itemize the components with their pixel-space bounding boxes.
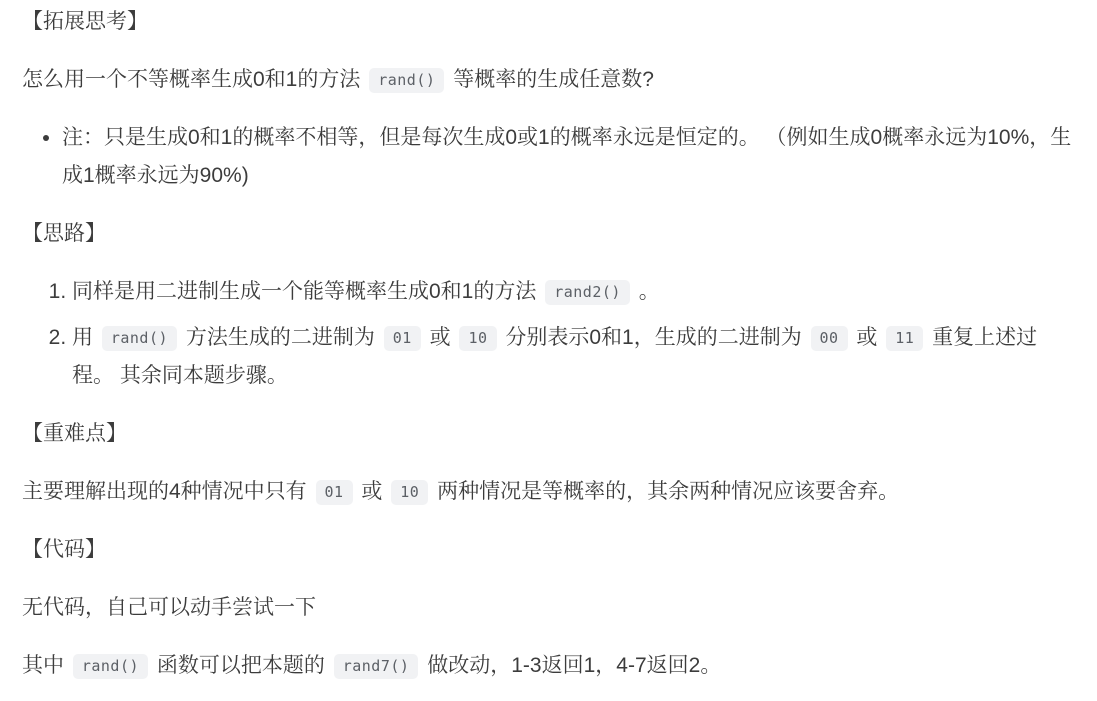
text-run: 无代码，自己可以动手尝试一下 xyxy=(22,596,316,619)
text-run: 等概率的生成任意数? xyxy=(447,68,654,91)
paragraph-question: 怎么用一个不等概率生成0和1的方法 rand() 等概率的生成任意数? xyxy=(22,61,1075,99)
note-list: 注：只是生成0和1的概率不相等，但是每次生成0或1的概率永远是恒定的。 （例如生… xyxy=(22,119,1075,195)
text-run: 同样是用二进制生成一个能等概率生成0和1的方法 xyxy=(72,280,542,303)
inline-code: 00 xyxy=(811,326,848,351)
inline-code: rand2() xyxy=(545,280,630,305)
text-run: 分别表示0和1，生成的二进制为 xyxy=(500,326,808,349)
inline-code: 01 xyxy=(316,480,353,505)
text-run: 其中 xyxy=(22,654,70,677)
inline-code: 11 xyxy=(886,326,923,351)
text-run: 【思路】 xyxy=(22,222,106,245)
text-run: 用 xyxy=(72,326,99,349)
text-run: 做改动，1-3返回1，4-7返回2。 xyxy=(421,654,721,677)
article: 【拓展思考】怎么用一个不等概率生成0和1的方法 rand() 等概率的生成任意数… xyxy=(22,3,1075,685)
section-heading-code: 【代码】 xyxy=(22,531,1075,569)
text-run: 主要理解出现的4种情况中只有 xyxy=(22,480,313,503)
text-run: 。 xyxy=(633,280,660,303)
text-run: 方法生成的二进制为 xyxy=(180,326,381,349)
inline-code: 10 xyxy=(391,480,428,505)
section-heading-key-point: 【重难点】 xyxy=(22,415,1075,453)
list-item: 注：只是生成0和1的概率不相等，但是每次生成0或1的概率永远是恒定的。 （例如生… xyxy=(62,119,1075,195)
text-run: 或 xyxy=(356,480,389,503)
text-run: 函数可以把本题的 xyxy=(151,654,331,677)
inline-code: rand() xyxy=(369,68,444,93)
text-run: 【代码】 xyxy=(22,538,106,561)
text-run: 或 xyxy=(424,326,457,349)
inline-code: rand() xyxy=(73,654,148,679)
text-run: 两种情况是等概率的，其余两种情况应该要舍弃。 xyxy=(431,480,899,503)
inline-code: rand() xyxy=(102,326,177,351)
inline-code: rand7() xyxy=(334,654,419,679)
inline-code: 01 xyxy=(384,326,421,351)
paragraph-key-point: 主要理解出现的4种情况中只有 01 或 10 两种情况是等概率的，其余两种情况应… xyxy=(22,473,1075,511)
inline-code: 10 xyxy=(459,326,496,351)
text-run: 注：只是生成0和1的概率不相等，但是每次生成0或1的概率永远是恒定的。 （例如生… xyxy=(62,126,1071,187)
text-run: 【重难点】 xyxy=(22,422,127,445)
list-item: 同样是用二进制生成一个能等概率生成0和1的方法 rand2() 。 xyxy=(72,273,1075,311)
paragraph-no-code: 无代码，自己可以动手尝试一下 xyxy=(22,589,1075,627)
text-run: 怎么用一个不等概率生成0和1的方法 xyxy=(22,68,366,91)
section-heading-approach: 【思路】 xyxy=(22,215,1075,253)
text-run: 或 xyxy=(851,326,884,349)
approach-steps: 同样是用二进制生成一个能等概率生成0和1的方法 rand2() 。用 rand(… xyxy=(22,273,1075,395)
paragraph-footnote: 其中 rand() 函数可以把本题的 rand7() 做改动，1-3返回1，4-… xyxy=(22,647,1075,685)
text-run: 【拓展思考】 xyxy=(22,10,148,33)
section-heading-extended-thinking: 【拓展思考】 xyxy=(22,3,1075,41)
list-item: 用 rand() 方法生成的二进制为 01 或 10 分别表示0和1，生成的二进… xyxy=(72,319,1075,395)
